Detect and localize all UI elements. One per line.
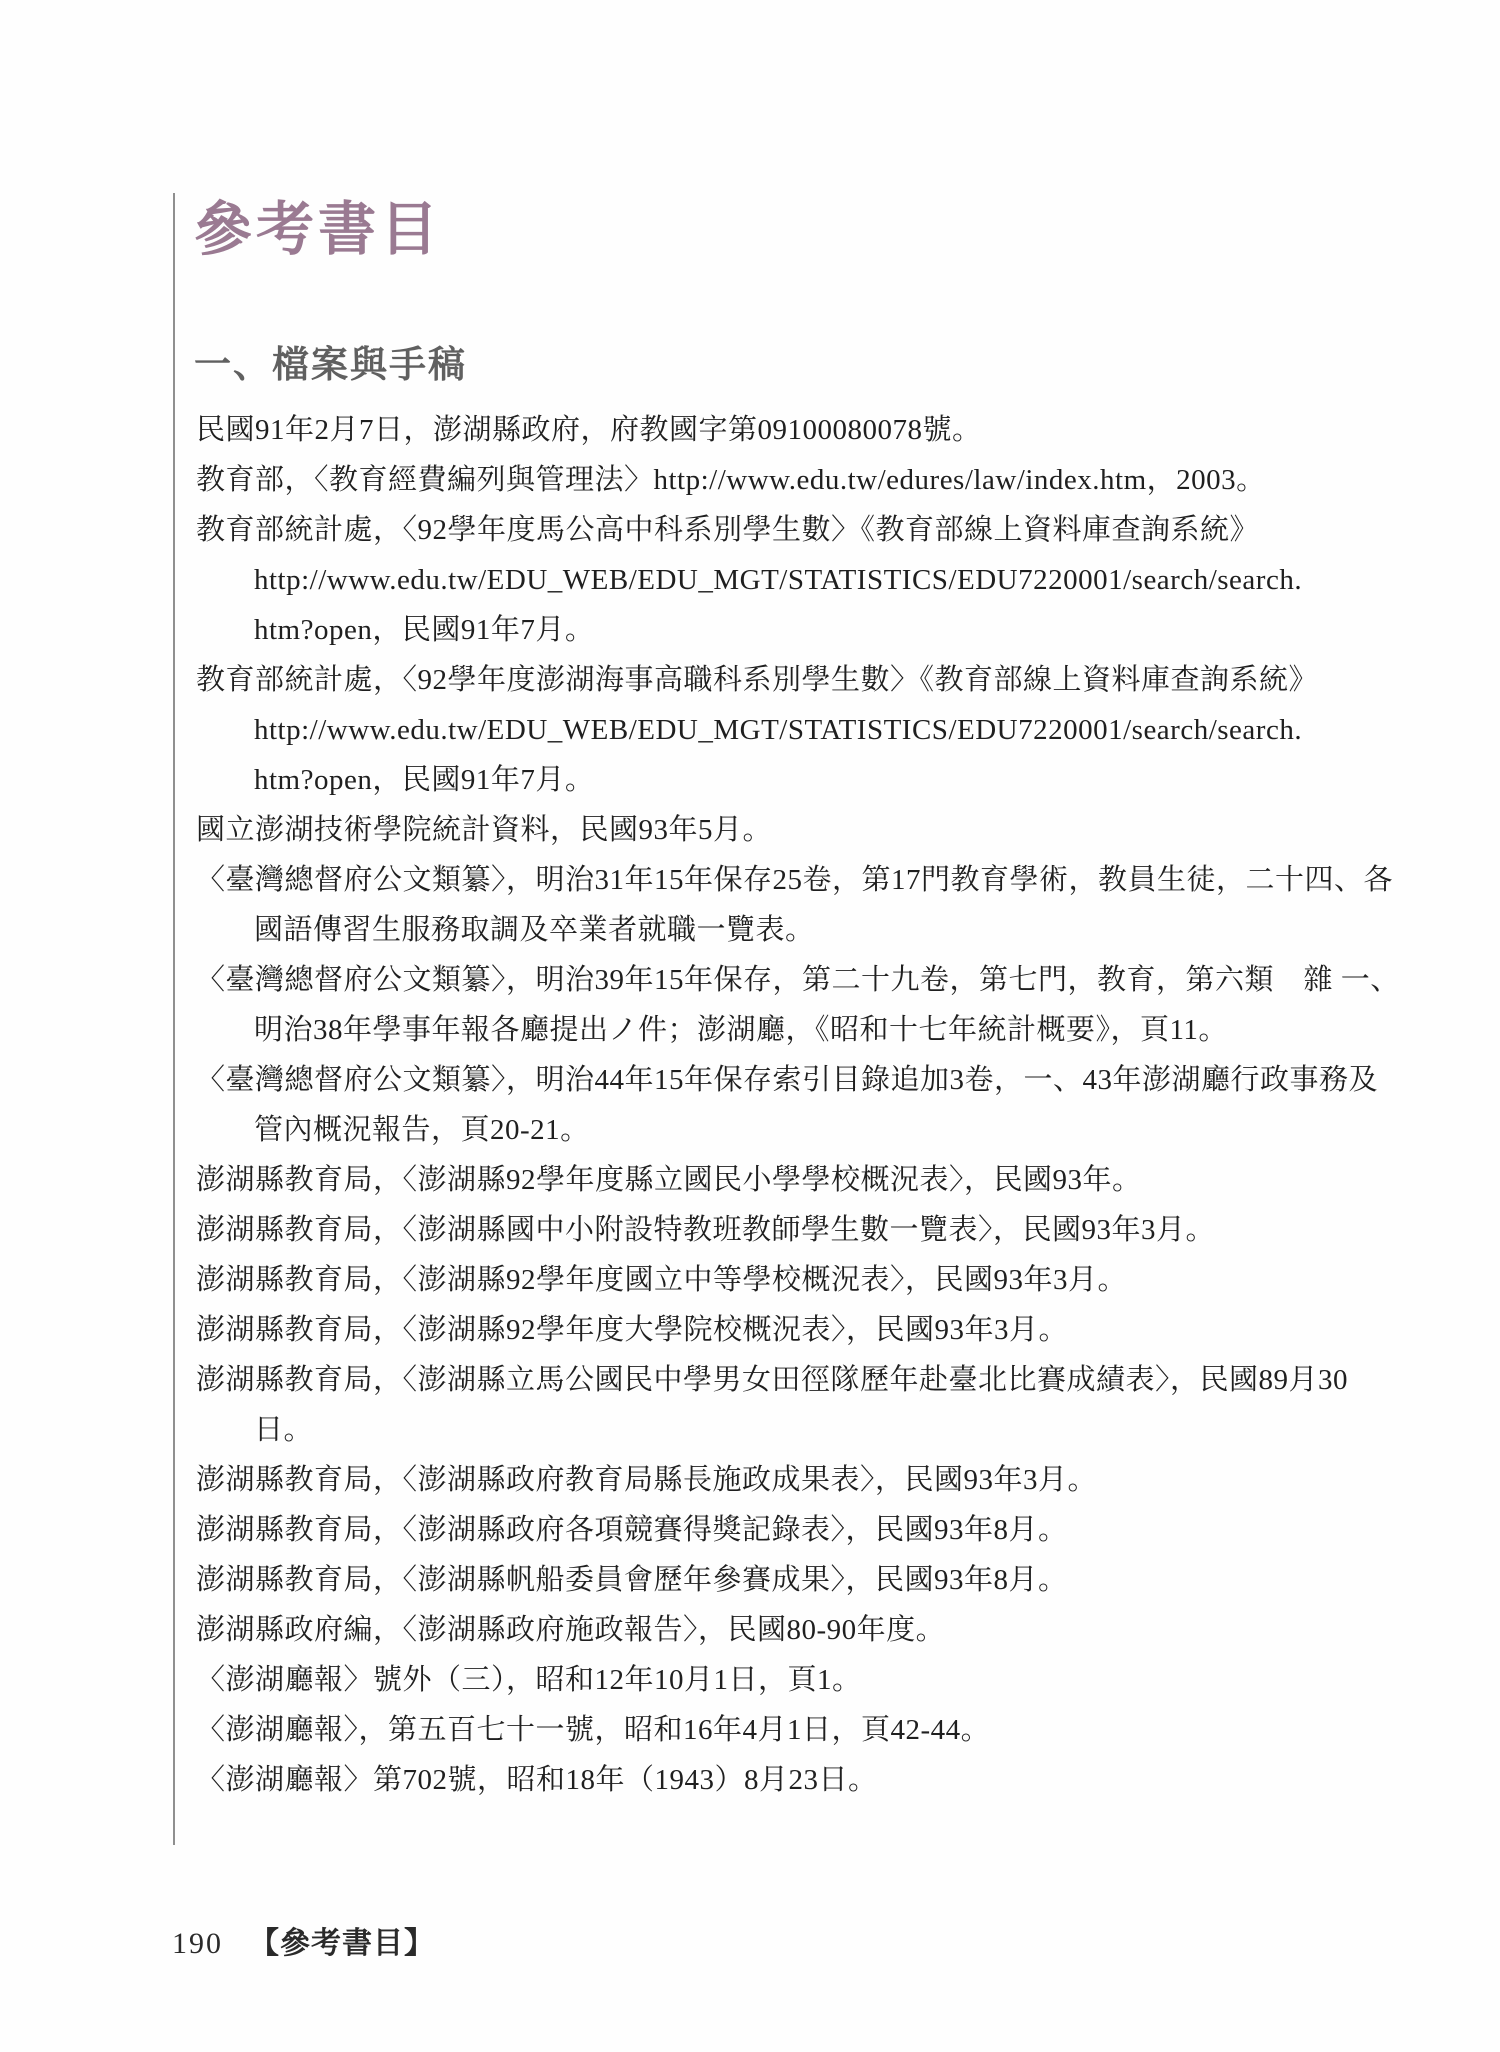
bibliography-line: 澎湖縣教育局，〈澎湖縣92學年度國立中等學校概況表〉，民國93年3月。 bbox=[196, 1255, 1436, 1305]
bibliography-line: 澎湖縣教育局，〈澎湖縣92學年度大學院校概況表〉，民國93年3月。 bbox=[196, 1305, 1436, 1355]
bibliography-line: 〈澎湖廳報〉，第五百七十一號，昭和16年4月1日，頁42-44。 bbox=[196, 1705, 1436, 1755]
footer-section-label: 【參考書目】 bbox=[249, 1927, 435, 1960]
bibliography-line: 〈臺灣總督府公文類纂〉，明治39年15年保存，第二十九卷，第七門，教育，第六類 … bbox=[196, 955, 1436, 1005]
bibliography-line: 澎湖縣教育局，〈澎湖縣政府各項競賽得獎記錄表〉，民國93年8月。 bbox=[196, 1505, 1436, 1555]
bibliography-line: 澎湖縣教育局，〈澎湖縣政府教育局縣長施政成果表〉，民國93年3月。 bbox=[196, 1455, 1436, 1505]
bibliography-line: 澎湖縣教育局，〈澎湖縣帆船委員會歷年參賽成果〉，民國93年8月。 bbox=[196, 1555, 1436, 1605]
book-page: 參考書目 一、檔案與手稿 民國91年2月7日，澎湖縣政府，府教國字第091000… bbox=[0, 0, 1500, 2052]
bibliography-line: http://www.edu.tw/EDU_WEB/EDU_MGT/STATIS… bbox=[196, 705, 1436, 755]
page-title: 參考書目 bbox=[194, 182, 442, 266]
bibliography-list: 民國91年2月7日，澎湖縣政府，府教國字第09100080078號。教育部，〈教… bbox=[196, 405, 1436, 1805]
bibliography-line: 〈澎湖廳報〉第702號，昭和18年（1943）8月23日。 bbox=[196, 1755, 1436, 1805]
bibliography-line: 〈臺灣總督府公文類纂〉，明治44年15年保存索引目錄追加3卷，一、43年澎湖廳行… bbox=[196, 1055, 1436, 1105]
bibliography-line: 管內概況報告，頁20-21。 bbox=[196, 1105, 1436, 1155]
bibliography-line: 教育部，〈教育經費編列與管理法〉http://www.edu.tw/edures… bbox=[196, 455, 1436, 505]
bibliography-line: http://www.edu.tw/EDU_WEB/EDU_MGT/STATIS… bbox=[196, 555, 1436, 605]
bibliography-line: 教育部統計處，〈92學年度馬公高中科系別學生數〉《教育部線上資料庫查詢系統》 bbox=[196, 505, 1436, 555]
bibliography-line: 澎湖縣教育局，〈澎湖縣92學年度縣立國民小學學校概況表〉，民國93年。 bbox=[196, 1155, 1436, 1205]
bibliography-line: 明治38年學事年報各廳提出ノ件；澎湖廳，《昭和十七年統計概要》，頁11。 bbox=[196, 1005, 1436, 1055]
bibliography-line: 教育部統計處，〈92學年度澎湖海事高職科系別學生數〉《教育部線上資料庫查詢系統》 bbox=[196, 655, 1436, 705]
bibliography-line: 澎湖縣教育局，〈澎湖縣國中小附設特教班教師學生數一覽表〉，民國93年3月。 bbox=[196, 1205, 1436, 1255]
bibliography-line: 國語傳習生服務取調及卒業者就職一覽表。 bbox=[196, 905, 1436, 955]
bibliography-line: 澎湖縣教育局，〈澎湖縣立馬公國民中學男女田徑隊歷年赴臺北比賽成績表〉，民國89月… bbox=[196, 1355, 1436, 1405]
bibliography-line: 日。 bbox=[196, 1405, 1436, 1455]
section-heading: 一、檔案與手稿 bbox=[194, 334, 467, 388]
bibliography-line: 〈澎湖廳報〉號外（三），昭和12年10月1日，頁1。 bbox=[196, 1655, 1436, 1705]
bibliography-line: htm?open，民國91年7月。 bbox=[196, 605, 1436, 655]
bibliography-line: 民國91年2月7日，澎湖縣政府，府教國字第09100080078號。 bbox=[196, 405, 1436, 455]
page-footer: 190【參考書目】 bbox=[172, 1918, 435, 1962]
bibliography-line: 澎湖縣政府編，〈澎湖縣政府施政報告〉，民國80-90年度。 bbox=[196, 1605, 1436, 1655]
page-number: 190 bbox=[172, 1927, 223, 1960]
left-margin-rule bbox=[173, 193, 175, 1845]
bibliography-line: 國立澎湖技術學院統計資料，民國93年5月。 bbox=[196, 805, 1436, 855]
bibliography-line: 〈臺灣總督府公文類纂〉，明治31年15年保存25卷，第17門教育學術，教員生徒，… bbox=[196, 855, 1436, 905]
bibliography-line: htm?open，民國91年7月。 bbox=[196, 755, 1436, 805]
